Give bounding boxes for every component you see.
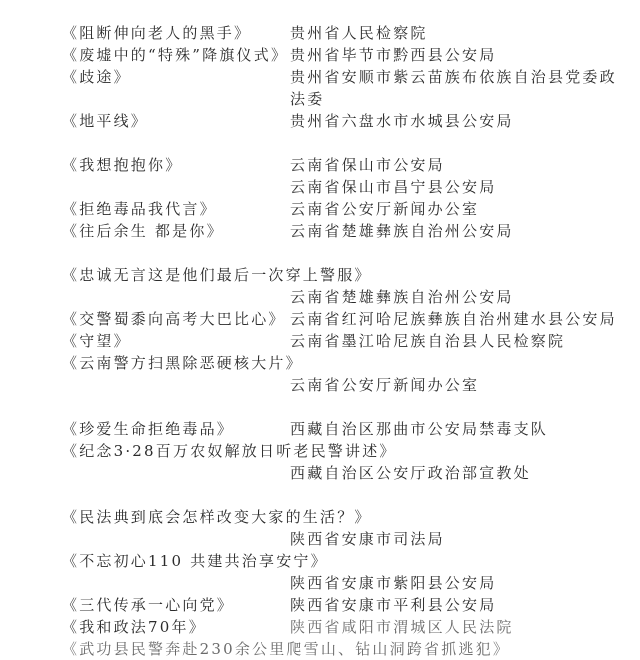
- organization: 云南省红河哈尼族彝族自治州建水县公安局: [290, 308, 617, 330]
- work-title: 《纪念3·28百万农奴解放日听老民警讲述》: [62, 440, 397, 462]
- organization: 贵州省人民检察院: [290, 22, 428, 44]
- work-title: 《云南警方扫黑除恶硬核大片》: [62, 352, 303, 374]
- work-title: 《守望》: [62, 330, 131, 352]
- organization: 陕西省安康市平利县公安局: [290, 594, 496, 616]
- work-title: 《阻断伸向老人的黑手》: [62, 22, 251, 44]
- organization: 西藏自治区那曲市公安局禁毒支队: [290, 418, 548, 440]
- organization: 云南省公安厅新闻办公室: [290, 374, 479, 396]
- organization: 西藏自治区公安厅政治部宣教处: [290, 462, 531, 484]
- work-title: 《往后余生 都是你》: [62, 220, 224, 242]
- work-title: 《我和政法70年》: [62, 616, 206, 638]
- document-page: 《阻断伸向老人的黑手》 贵州省人民检察院 《废墟中的“特殊”降旗仪式》 贵州省毕…: [0, 0, 640, 660]
- work-title: 《珍爱生命拒绝毒品》: [62, 418, 234, 440]
- work-title: 《废墟中的“特殊”降旗仪式》: [62, 44, 288, 66]
- organization: 陕西省安康市紫阳县公安局: [290, 572, 496, 594]
- organization: 云南省楚雄彝族自治州公安局: [290, 220, 514, 242]
- work-title: 《我想抱抱你》: [62, 154, 182, 176]
- work-title: 《拒绝毒品我代言》: [62, 198, 217, 220]
- organization: 云南省楚雄彝族自治州公安局: [290, 286, 514, 308]
- organization: 云南省保山市昌宁县公安局: [290, 176, 496, 198]
- work-title: 《武功县民警奔赴230余公里爬雪山、钻山洞跨省抓逃犯》: [62, 638, 510, 660]
- work-title: 《民法典到底会怎样改变大家的生活？》: [62, 506, 372, 528]
- organization: 贵州省六盘水市水城县公安局: [290, 110, 514, 132]
- work-title: 《忠诚无言这是他们最后一次穿上警服》: [62, 264, 372, 286]
- organization: 贵州省毕节市黔西县公安局: [290, 44, 496, 66]
- organization: 陕西省安康市司法局: [290, 528, 445, 550]
- work-title: 《歧途》: [62, 66, 131, 88]
- organization: 云南省墨江哈尼族自治县人民检察院: [290, 330, 565, 352]
- organization: 云南省保山市公安局: [290, 154, 445, 176]
- organization: 云南省公安厅新闻办公室: [290, 198, 479, 220]
- work-title: 《三代传承一心向党》: [62, 594, 234, 616]
- organization: 陕西省咸阳市渭城区人民法院: [290, 616, 514, 638]
- work-title: 《地平线》: [62, 110, 148, 132]
- work-title: 《不忘初心110 共建共治享安宁》: [62, 550, 328, 572]
- organization: 贵州省安顺市紫云苗族布依族自治县党委政: [290, 66, 617, 88]
- work-title: 《交警蜀黍向高考大巴比心》: [62, 308, 286, 330]
- organization-continued: 法委: [290, 88, 324, 110]
